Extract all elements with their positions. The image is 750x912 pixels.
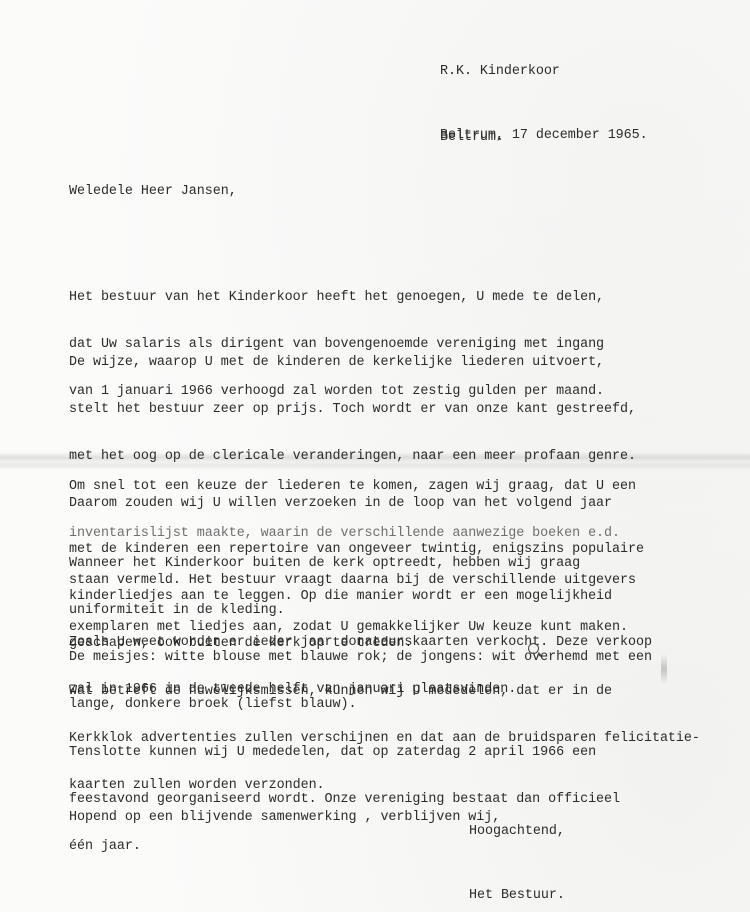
- text-line: Tenslotte kunnen wij U mededelen, dat op…: [69, 745, 620, 761]
- signature: Het Bestuur.: [469, 888, 565, 904]
- text-line: stelt het bestuur zeer op prijs. Toch wo…: [69, 402, 644, 418]
- text-line: Wat betreft de huwelijksmissen, kunnen w…: [69, 684, 700, 700]
- text-line: Hopend op een blijvende samenwerking , v…: [69, 810, 500, 826]
- text-line: Zoals U weet worden er ieder jaar donate…: [69, 635, 652, 651]
- date-line: Beltrum, 17 december 1965.: [440, 128, 648, 144]
- sender-organization: R.K. Kinderkoor: [440, 61, 560, 83]
- magnifier-cursor-icon: [528, 643, 539, 654]
- text-line: Het bestuur van het Kinderkoor heeft het…: [69, 290, 604, 306]
- text-line: Om snel tot een keuze der liederen te ko…: [69, 479, 636, 495]
- closing: Hoogachtend,: [469, 824, 565, 840]
- paragraph-closing-sentence: Hopend op een blijvende samenwerking , v…: [69, 779, 500, 841]
- ink-smudge: [661, 654, 667, 684]
- salutation: Weledele Heer Jansen,: [69, 184, 237, 200]
- text-line: Wanneer het Kinderkoor buiten de kerk op…: [69, 556, 652, 572]
- text-line: De wijze, waarop U met de kinderen de ke…: [69, 355, 644, 371]
- sender-block: R.K. Kinderkoor Beltrum.: [440, 17, 560, 171]
